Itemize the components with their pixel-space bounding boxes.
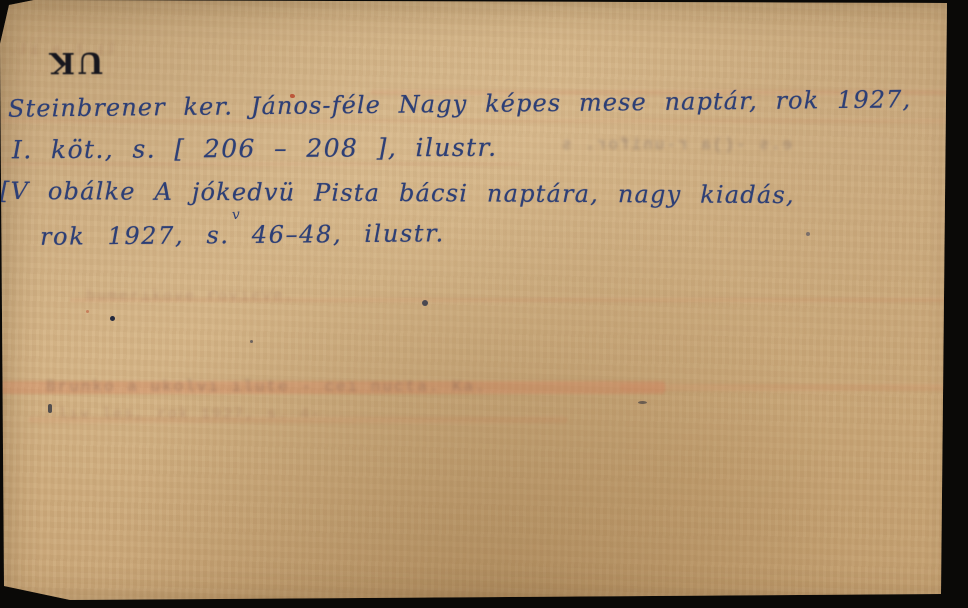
ink-speck bbox=[638, 401, 647, 404]
bleed-through-text: bumerıkove rovıeve. bbox=[86, 288, 295, 305]
bleed-through-text: e.s -()a r-unifor. s bbox=[560, 136, 792, 154]
red-speck bbox=[86, 310, 89, 313]
red-speck bbox=[290, 94, 295, 98]
bleed-through-text: lıv les, rok 1927, s. 4- bbox=[58, 406, 322, 423]
ink-speck bbox=[806, 232, 810, 236]
catalog-card: lı.t a ıl. e.s -()a r-unifor. s bumerıko… bbox=[0, 0, 968, 608]
bleed-streak bbox=[620, 384, 968, 391]
library-stamp: UK bbox=[38, 44, 112, 82]
handwritten-line-4: rok 1927, s. 46–48, ilustr. bbox=[40, 219, 445, 251]
handwritten-line-3: [V obálke A jókedvü Pista bácsi naptára,… bbox=[0, 177, 795, 209]
ink-speck bbox=[110, 316, 115, 321]
handwritten-line-2: I. köt., s. [ 206 – 208 ], ilustr. bbox=[12, 133, 498, 165]
ink-speck bbox=[422, 300, 428, 306]
ink-speck bbox=[250, 340, 253, 343]
ink-speck bbox=[48, 404, 52, 413]
handwritten-line-1: Steinbrener ker. János-féle Nagy képes m… bbox=[8, 85, 911, 122]
insertion-caret-mark: v bbox=[231, 207, 240, 224]
bleed-through-text: Brunko a ukolvı ılute - ceı nucta. Ka. bbox=[46, 378, 487, 396]
